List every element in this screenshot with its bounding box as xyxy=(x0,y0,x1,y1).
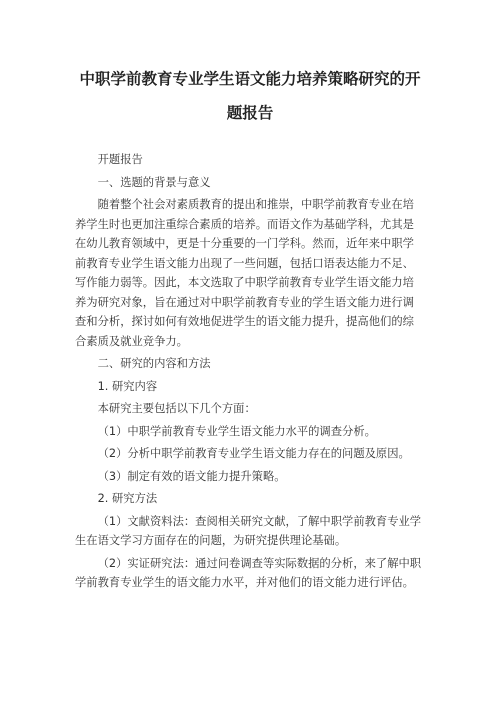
research-content-intro: 本研究主要包括以下几个方面： xyxy=(75,399,425,419)
research-content-item-3: （3）制定有效的语文能力提升策略。 xyxy=(75,467,425,487)
section-1-background-paragraph: 随着整个社会对素质教育的提出和推崇，中职学前教育专业在培养学生时也更加注重综合素… xyxy=(75,195,425,351)
research-content-item-2: （2）分析中职学前教育专业学生语文能力存在的问题及原因。 xyxy=(75,444,425,464)
section-2-heading: 二、研究的内容和方法 xyxy=(75,354,425,374)
research-method-item-2: （2）实证研究法：通过问卷调查等实际数据的分析，来了解中职学前教育专业学生的语文… xyxy=(75,554,425,593)
document-title: 中职学前教育专业学生语文能力培养策略研究的开题报告 xyxy=(75,62,425,130)
report-type-label: 开题报告 xyxy=(75,150,425,170)
section-1-heading: 一、选题的背景与意义 xyxy=(75,173,425,193)
research-content-item-1: （1）中职学前教育专业学生语文能力水平的调查分析。 xyxy=(75,422,425,442)
research-method-item-1: （1）文献资料法：查阅相关研究文献，了解中职学前教育专业学生在语文学习方面存在的… xyxy=(75,512,425,551)
document-page: 中职学前教育专业学生语文能力培养策略研究的开题报告 开题报告 一、选题的背景与意… xyxy=(0,0,500,616)
research-content-subheading: 1. 研究内容 xyxy=(75,377,425,397)
research-method-subheading: 2. 研究方法 xyxy=(75,489,425,509)
